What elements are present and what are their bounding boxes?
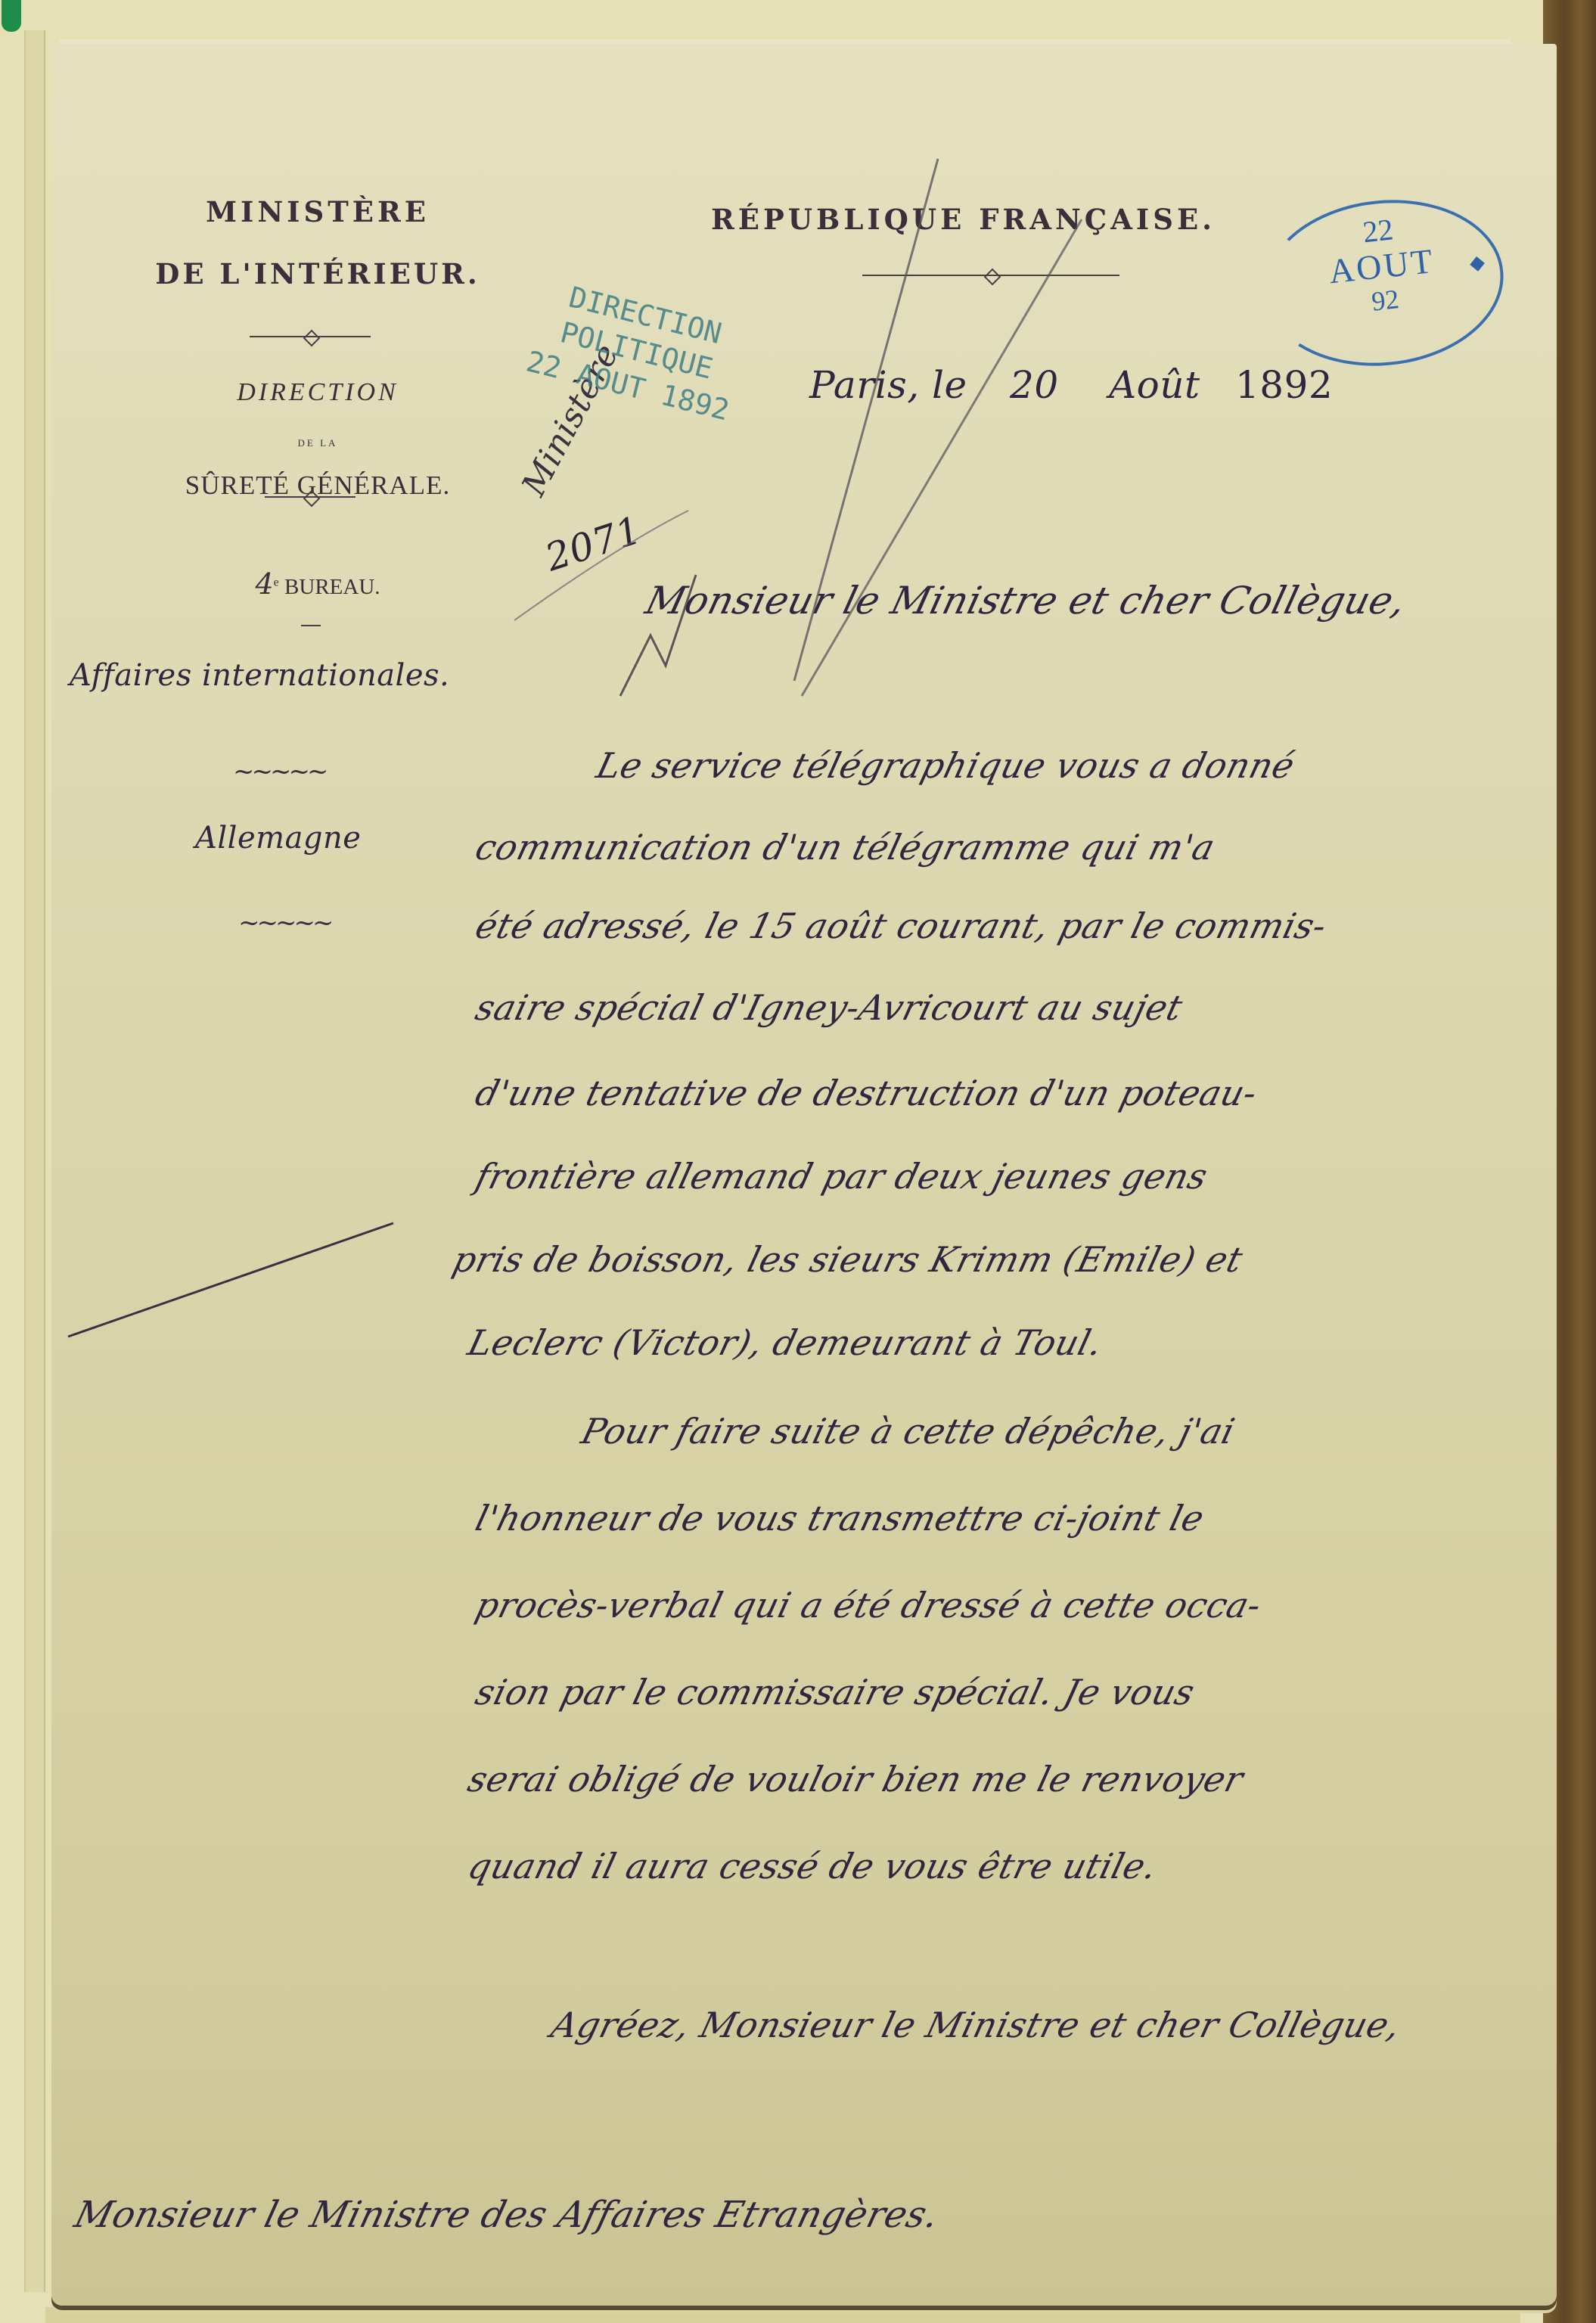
country-note: Allemagne xyxy=(195,821,361,856)
dateline-year: 1892 xyxy=(1235,363,1333,407)
body-line: Pour faire suite à cette dépêche, j'ai xyxy=(577,1411,1239,1452)
direction-heading: DIRECTION xyxy=(174,378,461,407)
ornamental-divider xyxy=(250,336,371,337)
body-line: frontière allemand par deux jeunes gens xyxy=(471,1156,1212,1197)
ministry-title: MINISTÈRE xyxy=(136,195,499,228)
bureau-text: BUREAU. xyxy=(284,575,380,599)
bureau-ordinal: e xyxy=(274,576,279,589)
underlying-page-bottom xyxy=(45,2307,1520,2323)
body-line: Leclerc (Victor), demeurant à Toul. xyxy=(464,1322,1107,1363)
body-line: procès-verbal qui a été dressé à cette o… xyxy=(471,1585,1265,1626)
direction-connector: DE LA xyxy=(250,437,386,449)
body-line: communication d'un télégramme qui m'a xyxy=(471,827,1219,868)
short-dash xyxy=(301,625,321,626)
salutation: Monsieur le Ministre et cher Collègue, xyxy=(641,579,1411,623)
body-line: l'honneur de vous transmettre ci-joint l… xyxy=(471,1498,1208,1539)
republic-divider xyxy=(862,275,1119,276)
dateline-place: Paris, le xyxy=(809,363,967,407)
body-line: sion par le commissaire spécial. Je vous xyxy=(471,1672,1199,1713)
ministry-subtitle: DE L'INTÉRIEUR. xyxy=(129,257,507,290)
body-line: serai obligé de vouloir bien me le renvo… xyxy=(464,1759,1247,1800)
green-ribbon-tab xyxy=(2,0,21,32)
body-line: été adressé, le 15 août courant, par le … xyxy=(471,905,1331,946)
dateline-day: 20 xyxy=(1010,363,1059,407)
addressee: Monsieur le Ministre des Affaires Etrang… xyxy=(70,2194,943,2236)
republic-heading: RÉPUBLIQUE FRANÇAISE. xyxy=(711,203,1301,236)
subject-note: Affaires internationales. xyxy=(70,658,449,693)
body-line: Le service télégraphique vous a donné xyxy=(592,745,1299,786)
dateline-month: Août xyxy=(1109,363,1200,407)
body-line: saire spécial d'Igney-Avricourt au sujet xyxy=(471,987,1187,1028)
body-line: quand il aura cessé de vous être utile. xyxy=(464,1846,1161,1887)
bureau-number: 4 xyxy=(255,567,273,601)
body-line: d'une tentative de destruction d'un pote… xyxy=(471,1073,1261,1113)
closing-formula: Agréez, Monsieur le Ministre et cher Col… xyxy=(547,2005,1405,2045)
squiggle-divider-top: ~~~~~ xyxy=(233,756,325,787)
small-divider xyxy=(265,496,356,498)
bureau-label: 4e BUREAU. xyxy=(204,567,431,601)
squiggle-divider-bottom: ~~~~~ xyxy=(238,908,331,938)
dateline: Paris, le 20 Août 1892 xyxy=(809,363,1333,407)
underlying-page-edge xyxy=(24,30,45,2292)
body-line: pris de boisson, les sieurs Krimm (Emile… xyxy=(449,1239,1247,1280)
